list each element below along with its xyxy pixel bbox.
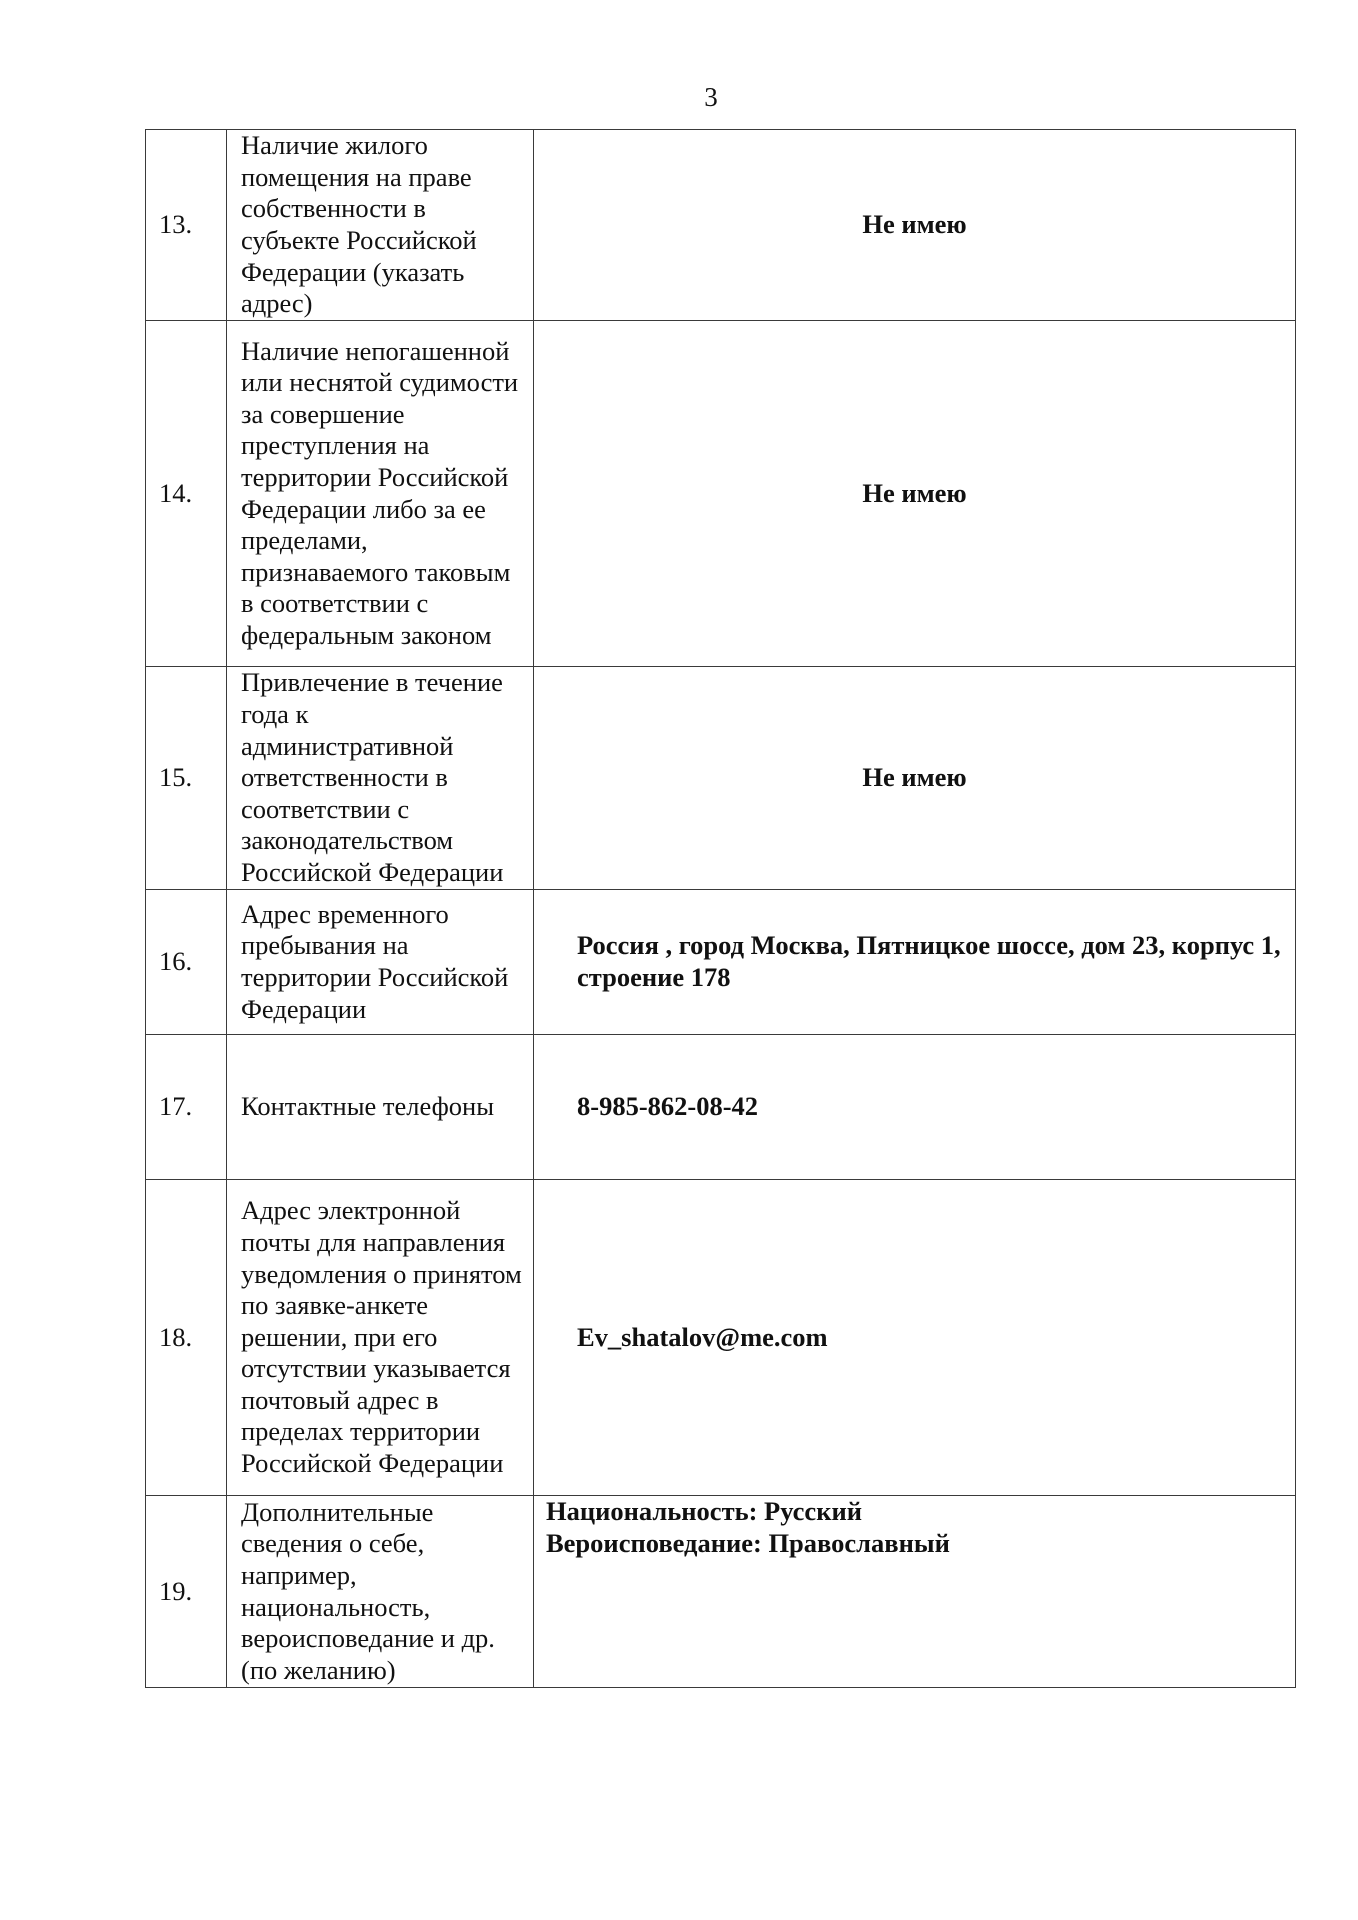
row-label: Адрес временного пребывания на территори… — [227, 890, 534, 1035]
row-label-text: Привлечение в течение года к администрат… — [241, 667, 527, 888]
row-value-text: Не имею — [534, 209, 1295, 241]
row-value: Не имею — [534, 321, 1296, 667]
table-row-17: 17. Контактные телефоны 8-985-862-08-42 — [146, 1035, 1296, 1180]
row-label-text: Наличие жилого помещения на праве собств… — [241, 130, 527, 320]
email-value: Ev_shatalov@me.com — [577, 1322, 1285, 1354]
row-label: Адрес электронной почты для направления … — [227, 1180, 534, 1496]
row-label-text: Дополнительные сведения о себе, например… — [241, 1497, 527, 1687]
row-label-text: Контактные телефоны — [241, 1091, 527, 1123]
questionnaire-table: 13. Наличие жилого помещения на праве со… — [145, 129, 1296, 1688]
table-row-19: 19. Дополнительные сведения о себе, напр… — [146, 1496, 1296, 1688]
row-label: Дополнительные сведения о себе, например… — [227, 1496, 534, 1688]
table-row-18: 18. Адрес электронной почты для направле… — [146, 1180, 1296, 1496]
row-number: 18. — [146, 1180, 227, 1496]
table-row-15: 15. Привлечение в течение года к админис… — [146, 667, 1296, 890]
nationality-value: Национальность: Русский — [546, 1496, 1295, 1528]
row-label: Привлечение в течение года к администрат… — [227, 667, 534, 890]
row-label-text: Адрес электронной почты для направления … — [241, 1195, 527, 1479]
row-value: Национальность: Русский Вероисповедание:… — [534, 1496, 1296, 1688]
row-number: 15. — [146, 667, 227, 890]
row-label: Наличие жилого помещения на праве собств… — [227, 130, 534, 321]
row-number: 14. — [146, 321, 227, 667]
page-number: 3 — [0, 82, 1358, 112]
row-number: 19. — [146, 1496, 227, 1688]
row-label-text: Адрес временного пребывания на территори… — [241, 899, 527, 1025]
phone-value: 8-985-862-08-42 — [577, 1091, 1285, 1123]
row-number: 16. — [146, 890, 227, 1035]
row-value: Не имею — [534, 130, 1296, 321]
temporary-address-value: Россия , город Москва, Пятницкое шоссе, … — [577, 930, 1285, 993]
table-row-16: 16. Адрес временного пребывания на терри… — [146, 890, 1296, 1035]
row-value: Россия , город Москва, Пятницкое шоссе, … — [534, 890, 1296, 1035]
table-row-14: 14. Наличие непогашенной или неснятой су… — [146, 321, 1296, 667]
row-label: Контактные телефоны — [227, 1035, 534, 1180]
row-label-text: Наличие непогашенной или неснятой судимо… — [241, 336, 527, 652]
row-value: Ev_shatalov@me.com — [534, 1180, 1296, 1496]
row-label: Наличие непогашенной или неснятой судимо… — [227, 321, 534, 667]
row-value: Не имею — [534, 667, 1296, 890]
religion-value: Вероисповедание: Православный — [546, 1528, 1295, 1560]
row-value-text: Не имею — [534, 762, 1295, 794]
row-value-text: Не имею — [534, 478, 1295, 510]
row-number: 17. — [146, 1035, 227, 1180]
table-row-13: 13. Наличие жилого помещения на праве со… — [146, 130, 1296, 321]
row-value: 8-985-862-08-42 — [534, 1035, 1296, 1180]
row-number: 13. — [146, 130, 227, 321]
